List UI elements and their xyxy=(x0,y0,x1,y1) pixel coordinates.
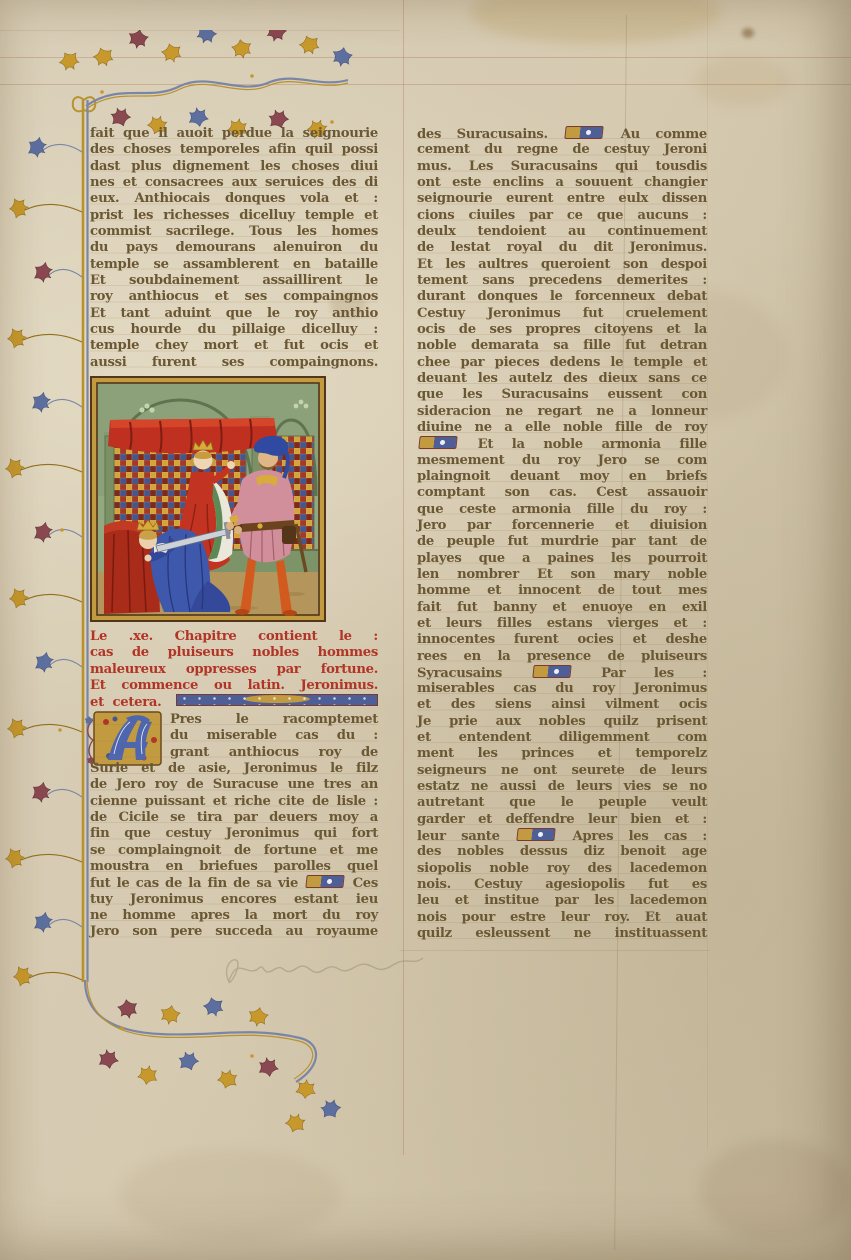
ivy-leaf xyxy=(216,1067,239,1090)
text-line: et entendent diligemment com xyxy=(417,730,707,746)
champ-line-filler xyxy=(516,828,555,841)
ivy-leaf xyxy=(7,328,28,349)
ivy-leaf xyxy=(7,718,28,739)
text-line: de lestat royal du dit Jeronimus. xyxy=(417,240,707,256)
ivy-leaf xyxy=(91,45,115,69)
text-line: de peuple fut murdrie par tant de xyxy=(417,534,707,550)
text-line: Et tant aduint que le roy anthio xyxy=(90,306,378,322)
ivy-leaf xyxy=(13,966,34,987)
text-line: mesmement du roy Jero se com xyxy=(417,453,707,469)
text-line: cions ciuiles par ce que aucuns : xyxy=(417,208,707,224)
ivy-leaf xyxy=(159,1004,181,1026)
ivy-leaf xyxy=(331,46,353,68)
text-line: et cetera. xyxy=(90,694,378,710)
ivy-leaf xyxy=(202,995,225,1018)
text-line: que les Suracusains eussent con xyxy=(417,387,707,403)
text-line: Pres le racomptemet xyxy=(90,712,378,728)
ivy-leaf xyxy=(283,1111,307,1135)
text-line: sideracion ne regart ne a lonneur xyxy=(417,404,707,420)
ivy-leaf xyxy=(9,198,30,219)
text-line: roy anthiocus et ses compaingnos xyxy=(90,289,378,305)
stain xyxy=(120,1150,340,1240)
ivy-leaf xyxy=(9,588,30,609)
text-line: fin que cestuy Jeronimus qui fort xyxy=(90,826,378,842)
ivy-leaf xyxy=(127,30,149,50)
stain xyxy=(470,0,720,44)
text-line: Surie et de asie, Jeronimus le filz xyxy=(90,761,378,777)
text-line: leu et institue par les lacedemon xyxy=(417,893,707,909)
text-line: ne homme apres la mort du roy xyxy=(90,908,378,924)
champ-line-filler xyxy=(306,875,345,888)
text-line: autretant que le peuple veult xyxy=(417,795,707,811)
text-line: commist sacrilege. Tous les homes xyxy=(90,224,378,240)
ivy-leaf xyxy=(265,30,288,44)
text-line: moustra en briefues parolles quel xyxy=(90,859,378,875)
text-line: nois. Cestuy agesiopolis fut es xyxy=(417,877,707,893)
text-line: nes et consacrees aux seruices des di xyxy=(90,175,378,191)
text-line: Cestuy Jeronimus fut cruelement xyxy=(417,306,707,322)
champ-line-filler xyxy=(418,436,457,449)
text-line: Et commence ou latin. Jeronimus. xyxy=(90,678,378,694)
text-line: nois pour estre leur roy. Et auat xyxy=(417,910,707,926)
ivy-leaf xyxy=(57,48,83,74)
text-line: fait fut banny et enuoye en exil xyxy=(417,600,707,616)
text-line: ont este enclins a souuent changier xyxy=(417,175,707,191)
text-line: du miserable cas du : xyxy=(90,728,378,744)
text-line: garder et deffendre leur bien et : xyxy=(417,812,707,828)
text-line: grant anthiocus roy de xyxy=(90,745,378,761)
text-line: mus. Les Suracusains qui tousdis xyxy=(417,159,707,175)
miniature-murder-scene xyxy=(90,376,326,622)
text-line: cement du regne de cestuy Jeroni xyxy=(417,142,707,158)
left-column-paragraph: Pres le racomptemetdu miserable cas du :… xyxy=(90,712,378,941)
ivy-leaf xyxy=(297,33,321,57)
text-line: diuine ne a elle noble fille de roy xyxy=(417,420,707,436)
text-line: quilz esleussent ne instituassent xyxy=(417,926,707,942)
text-line: deuant les autelz des dieux sans ce xyxy=(417,371,707,387)
text-line: fut le cas de la fin de sa vie Ces xyxy=(90,875,378,891)
text-line: seignourie eurent entre eulx dissen xyxy=(417,191,707,207)
ivy-leaf xyxy=(160,41,183,64)
text-line: temple chey mort et fut ocis et xyxy=(90,338,378,354)
ivy-leaf xyxy=(5,458,26,479)
text-line: homme et innocent de tout mes xyxy=(417,583,707,599)
text-line: de Jero roy de Suracuse une tres an xyxy=(90,777,378,793)
right-column-text: des Suracusains. Au commecement du regne… xyxy=(417,126,707,942)
manuscript-page: fait que il auoit perdue la seignouriede… xyxy=(0,0,851,1260)
ivy-leaf xyxy=(296,1079,317,1100)
text-line: Et la noble armonia fille xyxy=(417,436,707,452)
ivy-leaf xyxy=(176,1049,200,1073)
text-line: temple se assamblerent en bataille xyxy=(90,257,378,273)
text-line: cas de pluiseurs nobles hommes xyxy=(90,645,378,661)
left-column-text: fait que il auoit perdue la seignouriede… xyxy=(90,126,378,371)
text-line: des nobles dessus diz benoit age xyxy=(417,844,707,860)
text-line: leur sante Apres les cas : xyxy=(417,828,707,844)
text-line: Jero par forcennerie et diuision xyxy=(417,518,707,534)
text-line: miserables cas du roy Jeronimus xyxy=(417,681,707,697)
text-line: chee par pieces dedens le temple et xyxy=(417,355,707,371)
text-line: estatz ne aussi de leurs vies se no xyxy=(417,779,707,795)
ivy-leaf xyxy=(117,998,139,1020)
ruling-line xyxy=(400,950,710,951)
text-line: fait que il auoit perdue la seignourie xyxy=(90,126,378,142)
ivy-leaf xyxy=(317,1096,343,1122)
text-line: deulx tendoient au continuement xyxy=(417,224,707,240)
text-line: Le .xe. Chapitre contient le : xyxy=(90,629,378,645)
stain xyxy=(700,1140,850,1240)
text-line: dast plus dignement les choses diui xyxy=(90,159,378,175)
text-line: aussi furent ses compaingnons. xyxy=(90,355,378,371)
text-line: des choses temporeles afin quil possi xyxy=(90,142,378,158)
text-line: ment les princes et temporelz xyxy=(417,746,707,762)
text-line: Et soubdainement assaillirent le xyxy=(90,273,378,289)
text-line: comptant son cas. Cest assauoir xyxy=(417,485,707,501)
text-line: durant donques le forcenneux debat xyxy=(417,289,707,305)
rubric-text: Le .xe. Chapitre contient le :cas de plu… xyxy=(90,629,378,711)
text-line: seigneurs ne ont seurete de leurs xyxy=(417,763,707,779)
text-line: noble demarata sa fille fut detran xyxy=(417,338,707,354)
text-line: playes que a paines les pourroit xyxy=(417,551,707,567)
text-line: cus hourde du pillaige dicelluy : xyxy=(90,322,378,338)
champ-line-filler xyxy=(565,126,604,139)
text-line: et leurs filles estans vierges et : xyxy=(417,616,707,632)
text-line: que ceste armonia fille du roy : xyxy=(417,502,707,518)
text-line: du pays demourans alenuiron du xyxy=(90,240,378,256)
inscription-signature xyxy=(215,938,445,998)
text-line: tement sans precedens demerites : xyxy=(417,273,707,289)
ivy-leaf xyxy=(97,1048,119,1070)
ivy-leaf xyxy=(257,1056,279,1078)
text-line: tuy Jeronimus encores estant ieu xyxy=(90,892,378,908)
text-line: rees en la presence de pluiseurs xyxy=(417,649,707,665)
text-line: Je prie aux nobles quilz prisent xyxy=(417,714,707,730)
stain xyxy=(742,28,754,38)
ivy-leaf xyxy=(247,1006,269,1028)
text-line: plaingnoit deuant moy en briefs xyxy=(417,469,707,485)
text-line: innocentes furent ocies et deshe xyxy=(417,632,707,648)
ivy-leaf xyxy=(187,106,209,128)
champ-line-filler xyxy=(532,665,571,678)
text-line: et des siens ainsi vilment ocis xyxy=(417,697,707,713)
ruling-line xyxy=(707,0,708,1150)
text-line: len nombrer Et son mary noble xyxy=(417,567,707,583)
text-line: de Cicile se tira par deuers moy a xyxy=(90,810,378,826)
ivy-leaf xyxy=(137,1064,159,1086)
rubric-line-filler xyxy=(176,694,378,706)
ivy-leaf xyxy=(5,848,26,869)
stain xyxy=(695,55,790,107)
text-line: cienne puissant et riche cite de lisle : xyxy=(90,794,378,810)
text-line: Syracusains Par les : xyxy=(417,665,707,681)
text-line: se complaingnoit de fortune et me xyxy=(90,843,378,859)
text-line: prist les richesses dicelluy temple et xyxy=(90,208,378,224)
ivy-leaf xyxy=(231,38,253,60)
text-line: ocis de ses propres citoyens et la xyxy=(417,322,707,338)
text-line: Jero son pere succeda au royaume xyxy=(90,924,378,940)
text-line: maleureux oppresses par fortune. xyxy=(90,662,378,678)
text-line: eux. Anthiocais donques vola et : xyxy=(90,191,378,207)
ivy-leaf xyxy=(194,30,218,46)
text-line: Et les aultres queroient son despoi xyxy=(417,257,707,273)
text-line: siopolis noble roy des lacedemon xyxy=(417,861,707,877)
text-line: des Suracusains. Au comme xyxy=(417,126,707,142)
